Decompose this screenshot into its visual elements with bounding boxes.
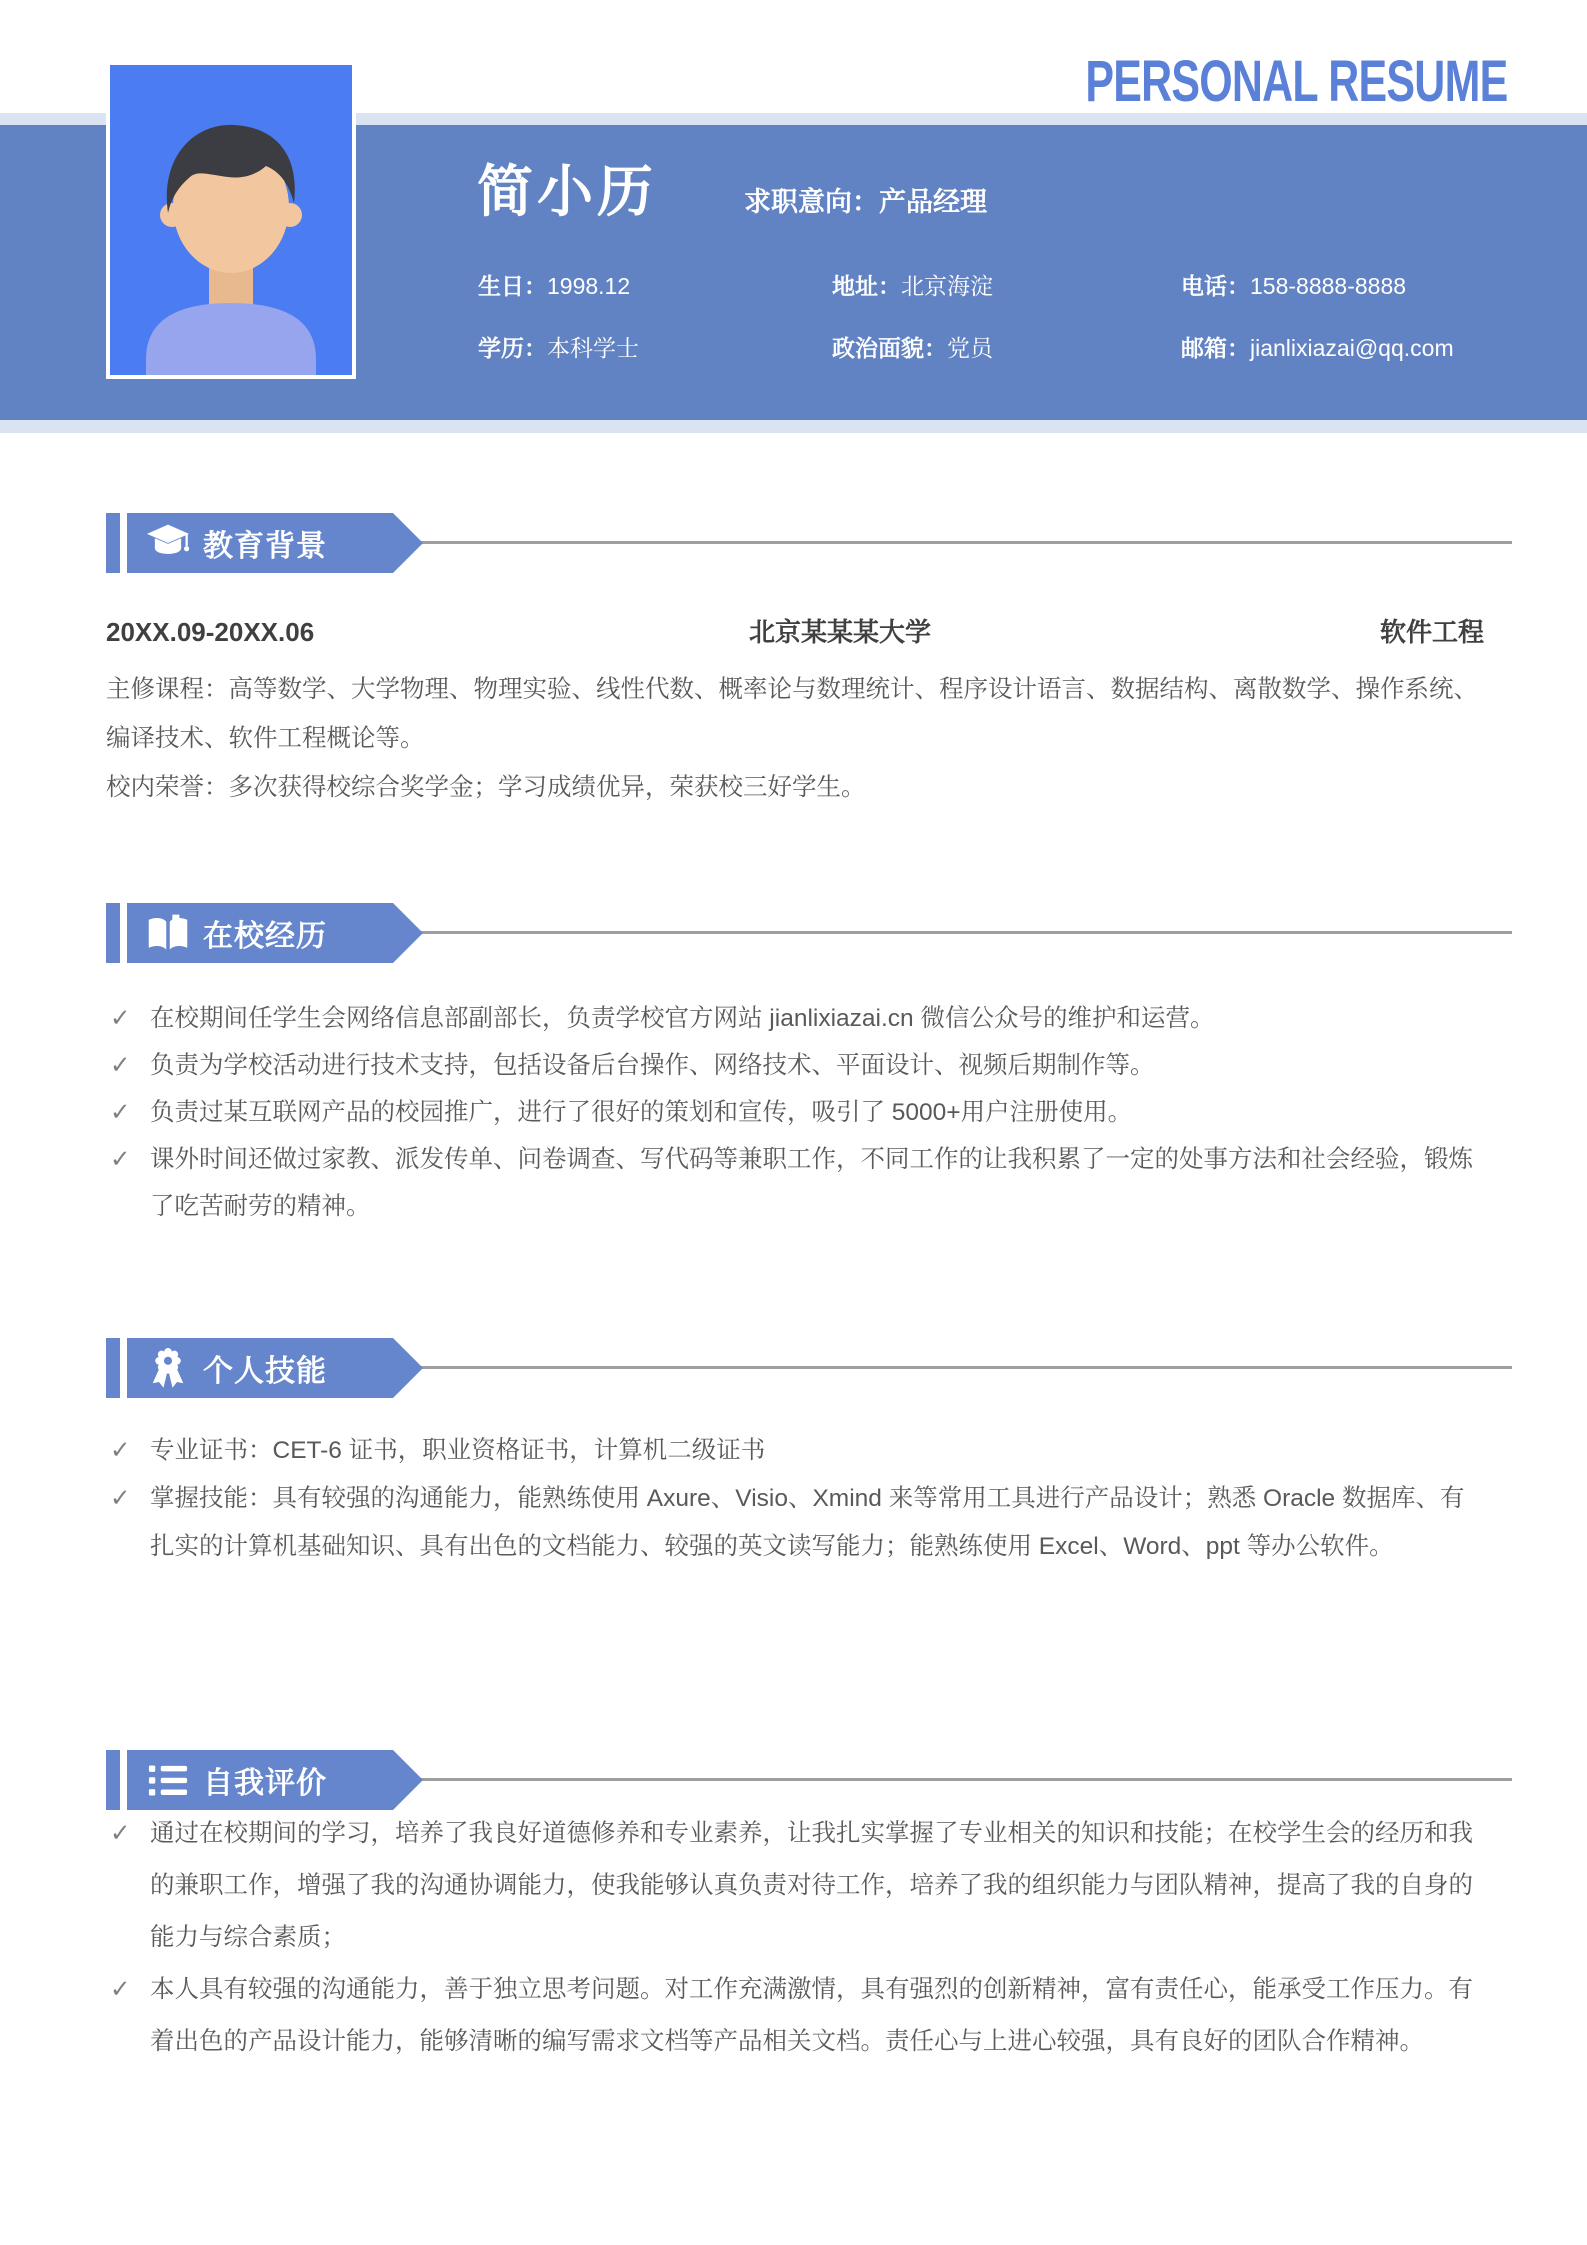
- bullet-item: ✓在校期间任学生会网络信息部副部长，负责学校官方网站 jianlixiazai.…: [106, 995, 1486, 1042]
- section-header-education: 教育背景: [106, 513, 1512, 573]
- info-value: 158-8888-8888: [1250, 273, 1406, 299]
- info-degree: 学历：本科学士: [478, 333, 832, 363]
- info-label: 地址：: [832, 273, 901, 299]
- check-icon: ✓: [110, 1475, 131, 1523]
- evaluation-bullet-list: ✓通过在校期间的学习，培养了我良好道德修养和专业素养，让我扎实掌握了专业相关的知…: [106, 1808, 1486, 2068]
- section-title-skills: 个人技能: [203, 1346, 327, 1390]
- bullet-item: ✓专业证书：CET-6 证书，职业资格证书，计算机二级证书: [106, 1427, 1486, 1475]
- section-badge-campus: 在校经历: [127, 903, 423, 963]
- open-book-icon: [147, 911, 189, 955]
- section-divider: [411, 541, 1512, 544]
- education-period: 20XX.09-20XX.06: [106, 617, 436, 648]
- bullet-text: 掌握技能：具有较强的沟通能力，能熟练使用 Axure、Visio、Xmind 来…: [150, 1485, 1465, 1560]
- personal-resume-watermark: PERSONAL RESUME: [1085, 48, 1507, 115]
- bullet-text: 负责过某互联网产品的校园推广，进行了很好的策划和宣传，吸引了 5000+用户注册…: [150, 1099, 1132, 1126]
- check-icon: ✓: [110, 1089, 131, 1136]
- section-accent-bar: [106, 1338, 120, 1398]
- contact-info-grid: 生日：1998.12 地址：北京海淀 电话：158-8888-8888 学历：本…: [478, 271, 1518, 363]
- bullet-text: 专业证书：CET-6 证书，职业资格证书，计算机二级证书: [150, 1437, 765, 1464]
- info-label: 生日：: [478, 273, 547, 299]
- check-icon: ✓: [110, 1042, 131, 1089]
- section-divider: [411, 1778, 1512, 1781]
- info-birthday: 生日：1998.12: [478, 271, 832, 301]
- education-school: 北京某某某大学: [436, 612, 1244, 649]
- bullet-item: ✓负责为学校活动进行技术支持，包括设备后台操作、网络技术、平面设计、视频后期制作…: [106, 1042, 1486, 1089]
- education-honors: 校内荣誉：多次获得校综合奖学金；学习成绩优异，荣获校三好学生。: [106, 763, 1484, 812]
- education-major: 软件工程: [1244, 612, 1484, 649]
- medal-icon: [147, 1346, 189, 1390]
- profile-photo: [106, 61, 356, 379]
- section-header-campus: 在校经历: [106, 903, 1512, 963]
- job-intent: 求职意向：产品经理: [744, 180, 987, 219]
- section-accent-bar: [106, 513, 120, 573]
- education-courses: 主修课程：高等数学、大学物理、物理实验、线性代数、概率论与数理统计、程序设计语言…: [106, 665, 1484, 763]
- check-icon: ✓: [110, 1964, 131, 2016]
- bullet-text: 课外时间还做过家教、派发传单、问卷调查、写代码等兼职工作，不同工作的让我积累了一…: [150, 1146, 1473, 1220]
- education-row: 20XX.09-20XX.06 北京某某某大学 软件工程: [106, 612, 1484, 649]
- graduation-cap-icon: [147, 521, 189, 565]
- education-description: 主修课程：高等数学、大学物理、物理实验、线性代数、概率论与数理统计、程序设计语言…: [106, 665, 1484, 812]
- bullet-text: 在校期间任学生会网络信息部副部长，负责学校官方网站 jianlixiazai.c…: [150, 1005, 1214, 1032]
- section-accent-bar: [106, 903, 120, 963]
- bullet-item: ✓通过在校期间的学习，培养了我良好道德修养和专业素养，让我扎实掌握了专业相关的知…: [106, 1808, 1486, 1964]
- bullet-text: 通过在校期间的学习，培养了我良好道德修养和专业素养，让我扎实掌握了专业相关的知识…: [150, 1820, 1473, 1951]
- bullet-item: ✓负责过某互联网产品的校园推广，进行了很好的策划和宣传，吸引了 5000+用户注…: [106, 1089, 1486, 1136]
- section-title-education: 教育背景: [203, 521, 327, 565]
- section-badge-education: 教育背景: [127, 513, 423, 573]
- info-label: 政治面貌：: [832, 335, 947, 361]
- check-icon: ✓: [110, 1808, 131, 1860]
- campus-bullet-list: ✓在校期间任学生会网络信息部副部长，负责学校官方网站 jianlixiazai.…: [106, 995, 1486, 1230]
- header-stripe-bottom: [0, 420, 1587, 433]
- section-divider: [411, 1366, 1512, 1369]
- section-header-skills: 个人技能: [106, 1338, 1512, 1398]
- info-value: 本科学士: [547, 335, 639, 361]
- resume-page: PERSONAL RESUME 简小历 求职意向：产品经理 生日：1998.12…: [0, 0, 1587, 2245]
- info-email: 邮箱：jianlixiazai@qq.com: [1181, 333, 1518, 363]
- info-label: 电话：: [1181, 273, 1250, 299]
- check-icon: ✓: [110, 1136, 131, 1183]
- info-value: 党员: [947, 335, 993, 361]
- bullet-text: 负责为学校活动进行技术支持，包括设备后台操作、网络技术、平面设计、视频后期制作等…: [150, 1052, 1155, 1079]
- info-label: 学历：: [478, 335, 547, 361]
- info-political-status: 政治面貌：党员: [832, 333, 1181, 363]
- info-address: 地址：北京海淀: [832, 271, 1181, 301]
- bullet-item: ✓本人具有较强的沟通能力，善于独立思考问题。对工作充满激情，具有强烈的创新精神，…: [106, 1964, 1486, 2068]
- candidate-name: 简小历: [477, 148, 657, 228]
- list-icon: [147, 1758, 189, 1802]
- check-icon: ✓: [110, 1427, 131, 1475]
- info-value: 1998.12: [547, 273, 630, 299]
- section-divider: [411, 931, 1512, 934]
- section-badge-evaluation: 自我评价: [127, 1750, 423, 1810]
- info-phone: 电话：158-8888-8888: [1181, 271, 1518, 301]
- info-value: 北京海淀: [901, 273, 993, 299]
- section-badge-skills: 个人技能: [127, 1338, 423, 1398]
- check-icon: ✓: [110, 995, 131, 1042]
- bullet-item: ✓掌握技能：具有较强的沟通能力，能熟练使用 Axure、Visio、Xmind …: [106, 1475, 1486, 1571]
- info-value: jianlixiazai@qq.com: [1250, 335, 1454, 361]
- section-accent-bar: [106, 1750, 120, 1810]
- skills-bullet-list: ✓专业证书：CET-6 证书，职业资格证书，计算机二级证书 ✓掌握技能：具有较强…: [106, 1427, 1486, 1571]
- section-title-evaluation: 自我评价: [203, 1758, 327, 1802]
- avatar-illustration: [110, 65, 352, 375]
- info-label: 邮箱：: [1181, 335, 1250, 361]
- bullet-text: 本人具有较强的沟通能力，善于独立思考问题。对工作充满激情，具有强烈的创新精神，富…: [150, 1976, 1473, 2055]
- bullet-item: ✓课外时间还做过家教、派发传单、问卷调查、写代码等兼职工作，不同工作的让我积累了…: [106, 1136, 1486, 1230]
- section-header-evaluation: 自我评价: [106, 1750, 1512, 1810]
- section-title-campus: 在校经历: [203, 911, 327, 955]
